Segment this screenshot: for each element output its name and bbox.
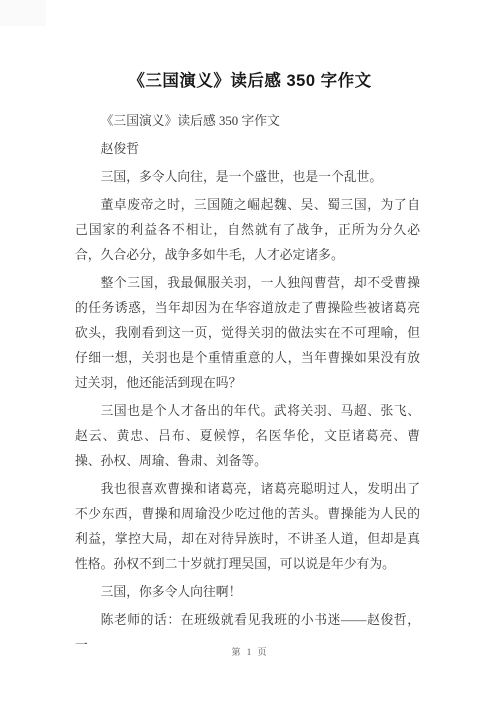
document-body: 《三国演义》读后感 350 字作文赵俊哲三国，多令人向往，是一个盛世，也是一个乱…	[75, 109, 420, 658]
document-title: 《三国演义》读后感 350 字作文	[0, 0, 500, 92]
paragraph: 我也很喜欢曹操和诸葛亮，诸葛亮聪明过人，发明出了不少东西，曹操和周瑜没少吃过他的…	[75, 477, 420, 577]
paragraph: 三国，你多令人向往啊！	[75, 580, 420, 605]
page-number: 第 1 页	[0, 645, 500, 658]
paragraph: 赵俊哲	[75, 137, 420, 162]
paragraph: 三国，多令人向往，是一个盛世，也是一个乱世。	[75, 165, 420, 190]
paragraph: 《三国演义》读后感 350 字作文	[75, 109, 420, 134]
paragraph: 三国也是个人才备出的年代。武将关羽、马超、张飞、赵云、黄忠、吕布、夏候惇，名医华…	[75, 399, 420, 474]
paragraph: 整个三国，我最佩服关羽，一人独闯曹营，却不受曹操的任务诱惑，当年却因为在华容道放…	[75, 271, 420, 396]
document-page: 《三国演义》读后感 350 字作文 《三国演义》读后感 350 字作文赵俊哲三国…	[0, 0, 500, 708]
scan-corner-artifact	[0, 0, 46, 26]
paragraph: 董卓废帝之时，三国随之崛起魏、吴、蜀三国，为了自己国家的利益各不相让，自然就有了…	[75, 193, 420, 268]
